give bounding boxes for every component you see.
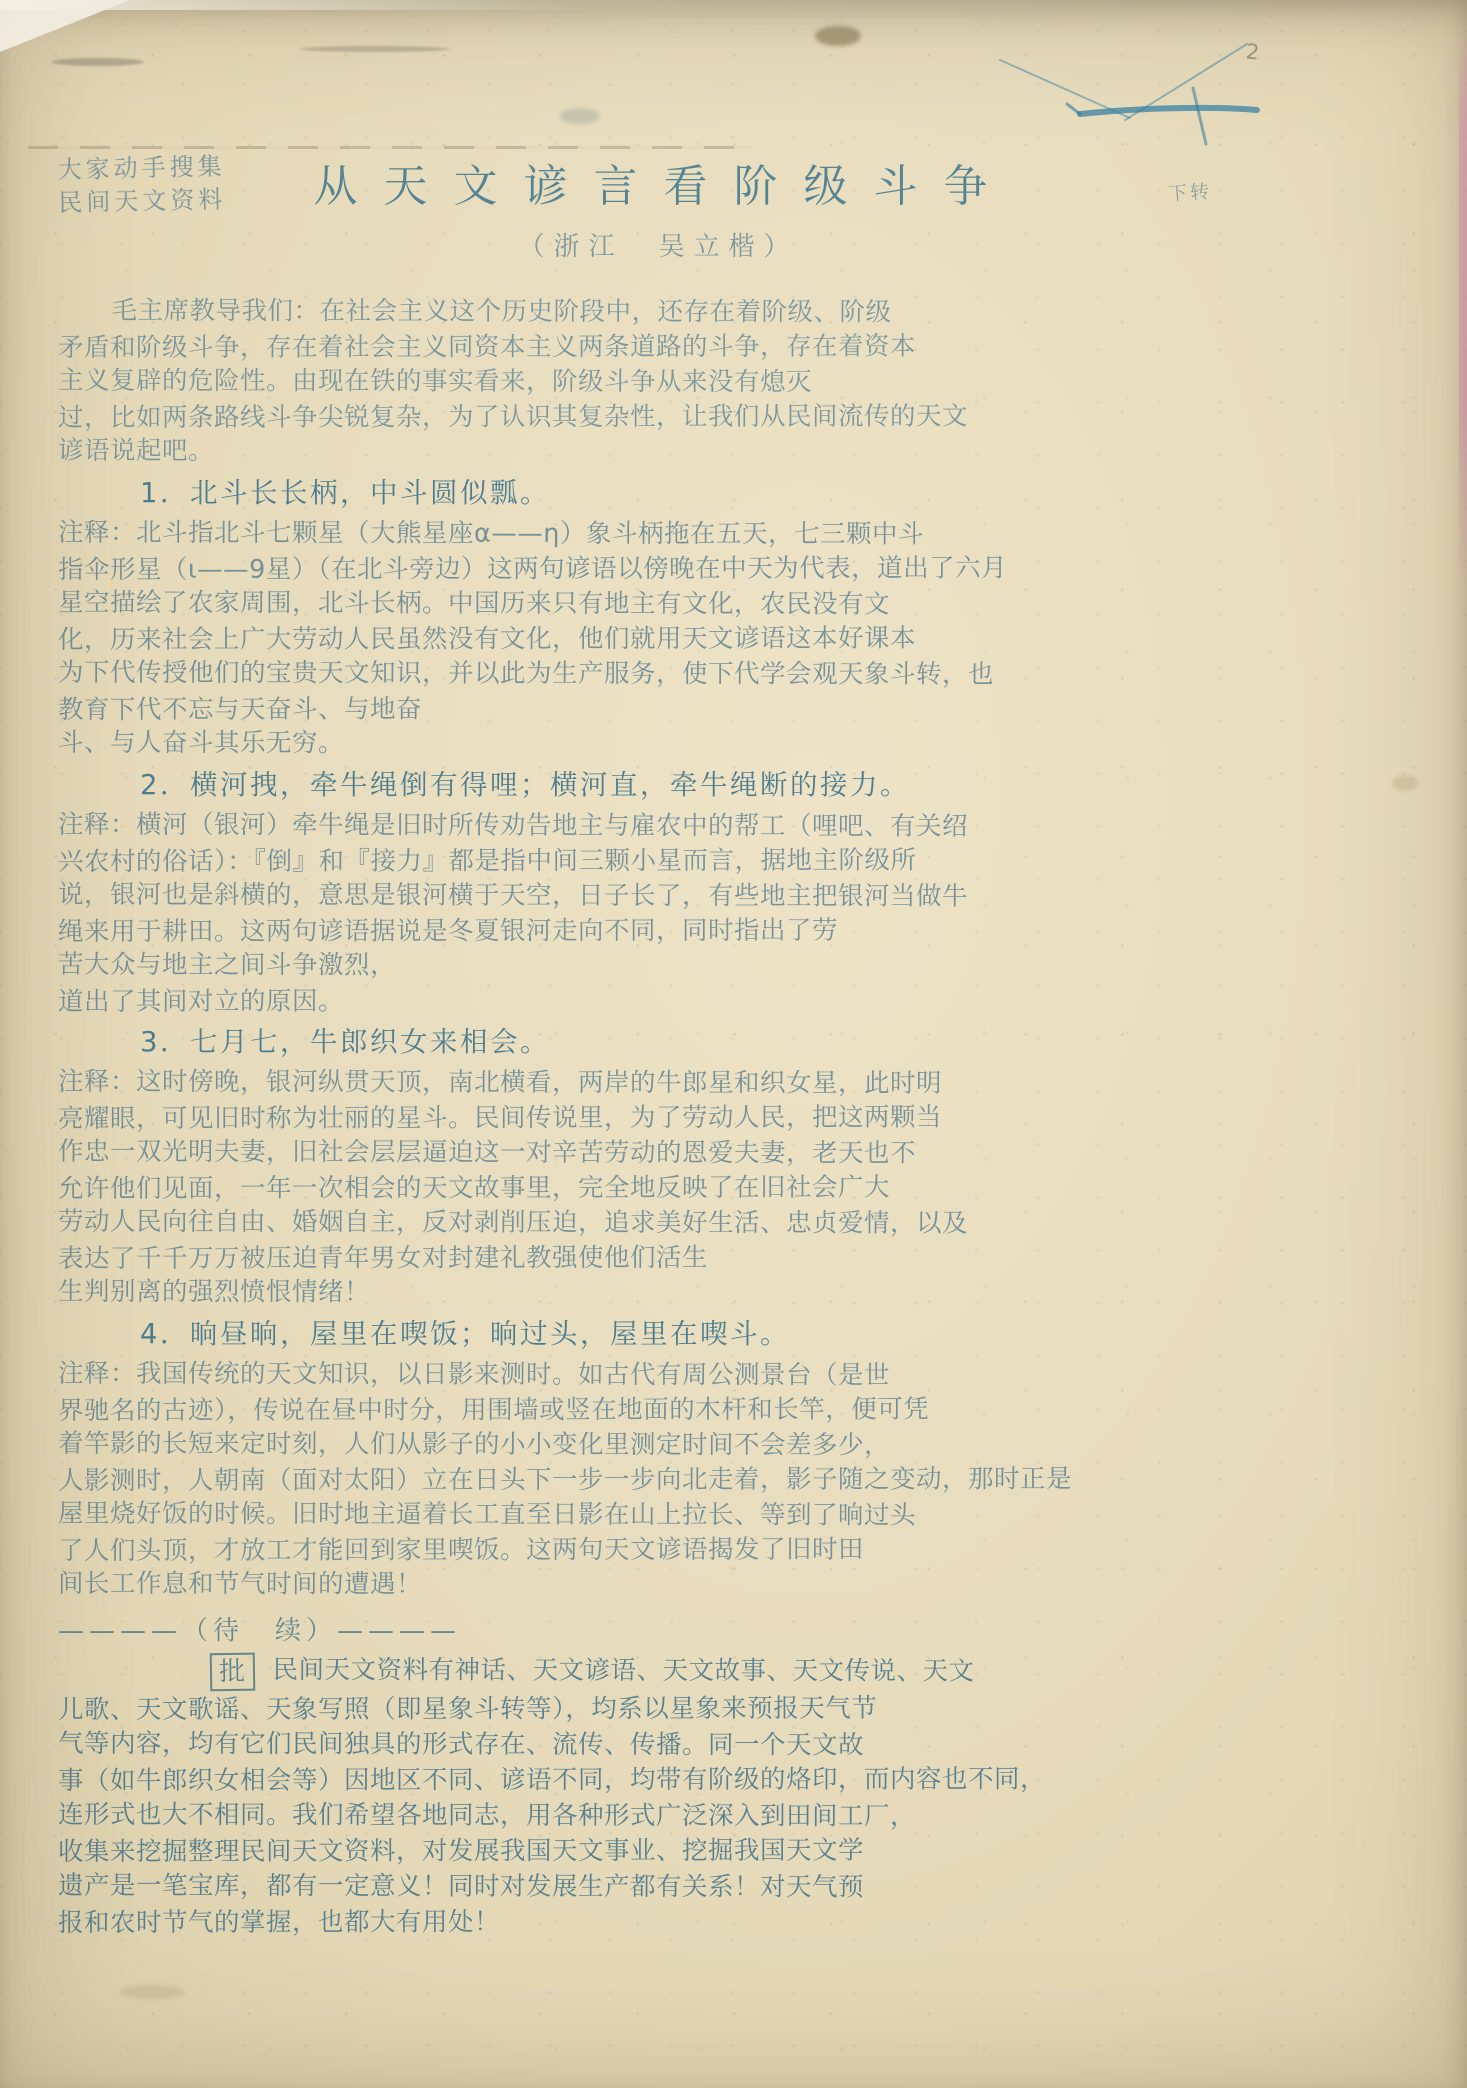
text-line: 民间天文资料有神话、天文谚语、天文故事、天文传说、天文 [272, 1653, 974, 1690]
block-note-4: 注释：横河（银河）牵牛绳是旧时所传劝告地主与雇农中的帮工（哩吧、有关绍兴农村的俗… [58, 809, 1243, 1019]
text-line: 道出了其间对立的原因。 [58, 983, 1243, 1020]
block-editor-10: 批民间天文资料有神话、天文谚语、天文故事、天文传说、天文儿歌、天文歌谣、天象写照… [58, 1654, 1243, 1941]
text-line: 绳来用于耕田。这两句谚语据说是冬夏银河走向不同，同时指出了劳 [58, 913, 1243, 950]
text-line: 主义复辟的危险性。由现在铁的事实看来，阶级斗争从来没有熄灭 [58, 364, 1243, 401]
block-intro-0: 毛主席教导我们：在社会主义这个历史阶段中，还存在着阶级、阶级矛盾和阶级斗争，存在… [58, 295, 1243, 470]
text-line: 苦大众与地主之间斗争激烈， [58, 948, 1243, 985]
text-line: 生判别离的强烈愤恨情绪！ [58, 1275, 1243, 1312]
text-line: 气等内容，均有它们民间独具的形式存在、流传、传播。同一个天文故 [58, 1726, 1243, 1764]
text-line: 劳动人民向往自由、婚姻自主，反对剥削压迫，追求美好生活、忠贞爱情，以及 [58, 1205, 1243, 1242]
text-line: 了人们头顶，才放工才能回到家里喫饭。这两句天文谚语揭发了旧时田 [58, 1532, 1243, 1569]
text-line: 教育下代不忘与天奋斗、与地奋 [58, 691, 1243, 728]
block-note-2: 注释：北斗指北斗七颗星（大熊星座α——η）象斗柄拖在五天，七三颗中斗指伞形星（ι… [58, 517, 1243, 762]
text-line: 作忠一双光明夫妻，旧社会层层逼迫这一对辛苦劳动的恩爱夫妻，老天也不 [58, 1135, 1243, 1172]
text-line: 间长工作息和节气时间的遭遇！ [58, 1567, 1243, 1604]
text-line: 允许他们见面，一年一次相会的天文故事里，完全地反映了在旧社会广大 [58, 1170, 1243, 1207]
block-item-7: 4．晌昼晌，屋里在喫饭；晌过头，屋里在喫斗。 [140, 1315, 1243, 1354]
text-line: 谚语说起吧。 [58, 434, 1243, 471]
text-line: 矛盾和阶级斗争，存在着社会主义同资本主义两条道路的斗争，存在着资本 [58, 329, 1243, 366]
text-line: 界驰名的古迹），传说在昼中时分，用围墙或竖在地面的木杆和长竿，便可凭 [58, 1392, 1243, 1429]
block-note-8: 注释：我国传统的天文知识，以日影来测时。如古代有周公测景台（是世界驰名的古迹），… [58, 1358, 1243, 1603]
text-line: 批民间天文资料有神话、天文谚语、天文故事、天文传说、天文 [210, 1653, 1243, 1693]
author-line: （浙江 吴立楷） [0, 226, 1467, 263]
text-line: 毛主席教导我们：在社会主义这个历史阶段中，还存在着阶级、阶级 [58, 294, 1243, 331]
block-item-3: 2．横河拽，牵牛绳倒有得哩；横河直，牵牛绳断的接力。 [140, 766, 1243, 805]
scanned-document-page: 2 大家动手搜集 民间天文资料 从天文谚言看阶级斗争 下转 （浙江 吴立楷） 毛… [0, 0, 1467, 2088]
document-title: 从天文谚言看阶级斗争 [314, 150, 1014, 214]
text-line: 儿歌、天文歌谣、天象写照（即星象斗转等），均系以星象来预报天气节 [58, 1691, 1243, 1729]
smudge-mark [120, 1985, 184, 1999]
text-line: 表达了千千万万被压迫青年男女对封建礼教强使他们活生 [58, 1240, 1243, 1277]
block-continued-9: ————（待 续）———— [58, 1609, 1243, 1654]
block-item-5: 3．七月七，牛郎织女来相会。 [140, 1023, 1243, 1062]
text-line: 事（如牛郎织女相会等）因地区不同、谚语不同，均带有阶级的烙印，而内容也不同， [58, 1762, 1243, 1800]
text-line: 屋里烧好饭的时候。旧时地主逼着长工直至日影在山上拉长、等到了晌过头 [58, 1497, 1243, 1534]
text-line: 斗、与人奋斗其乐无穷。 [58, 726, 1243, 763]
text-line: 兴农村的俗话）：『倒』和『接力』都是指中间三颗小星而言，据地主阶级所 [58, 843, 1243, 880]
text-line: 收集来挖掘整理民间天文资料，对发展我国天文事业、挖掘我国天文学 [58, 1833, 1243, 1871]
editor-stamp-box: 批 [210, 1653, 255, 1692]
text-line: 连形式也大不相同。我们希望各地同志，用各种形式广泛深入到田间工厂， [58, 1797, 1243, 1835]
text-line: 注释：横河（银河）牵牛绳是旧时所传劝告地主与雇农中的帮工（哩吧、有关绍 [58, 808, 1243, 845]
text-line: 遗产是一笔宝库，都有一定意义！同时对发展生产都有关系！对天气预 [58, 1868, 1243, 1906]
text-line: 星空描绘了农家周围，北斗长柄。中国历来只有地主有文化，农民没有文 [58, 586, 1243, 623]
text-line: 化，历来社会上广大劳动人民虽然没有文化，他们就用天文谚语这本好课本 [58, 621, 1243, 658]
text-line: 报和农时节气的掌握，也都大有用处！ [58, 1904, 1243, 1942]
block-note-6: 注释：这时傍晚，银河纵贯天顶，南北横看，两岸的牛郎星和织女星，此时明亮耀眼，可见… [58, 1066, 1243, 1311]
text-line: 指伞形星（ι——9星）（在北斗旁边）这两句谚语以傍晚在中天为代表，道出了六月 [58, 551, 1243, 588]
text-line: 为下代传授他们的宝贵天文知识，并以此为生产服务，使下代学会观天象斗转，也 [58, 656, 1243, 693]
text-line: 注释：这时傍晚，银河纵贯天顶，南北横看，两岸的牛郎星和织女星，此时明 [58, 1065, 1243, 1102]
text-line: 注释：我国传统的天文知识，以日影来测时。如古代有周公测景台（是世 [58, 1357, 1243, 1394]
continuation-side-note: 下转 [1167, 176, 1213, 206]
text-line: 注释：北斗指北斗七颗星（大熊星座α——η）象斗柄拖在五天，七三颗中斗 [58, 516, 1243, 553]
text-line: 人影测时，人朝南（面对太阳）立在日头下一步一步向北走着，影子随之变动，那时正是 [58, 1462, 1243, 1499]
text-line: 亮耀眼，可见旧时称为壮丽的星斗。民间传说里，为了劳动人民，把这两颗当 [58, 1100, 1243, 1137]
text-line: 着竿影的长短来定时刻，人们从影子的小小变化里测定时间不会差多少， [58, 1427, 1243, 1464]
document-body: 毛主席教导我们：在社会主义这个历史阶段中，还存在着阶级、阶级矛盾和阶级斗争，存在… [0, 295, 1467, 1941]
block-item-1: 1．北斗长长柄，中斗圆似瓢。 [140, 474, 1243, 513]
title-row: 从天文谚言看阶级斗争 [0, 0, 1467, 214]
text-line: 过，比如两条路线斗争尖锐复杂，为了认识其复杂性，让我们从民间流传的天文 [58, 399, 1243, 436]
text-line: 说，银河也是斜横的，意思是银河横于天空，日子长了，有些地主把银河当做牛 [58, 878, 1243, 915]
